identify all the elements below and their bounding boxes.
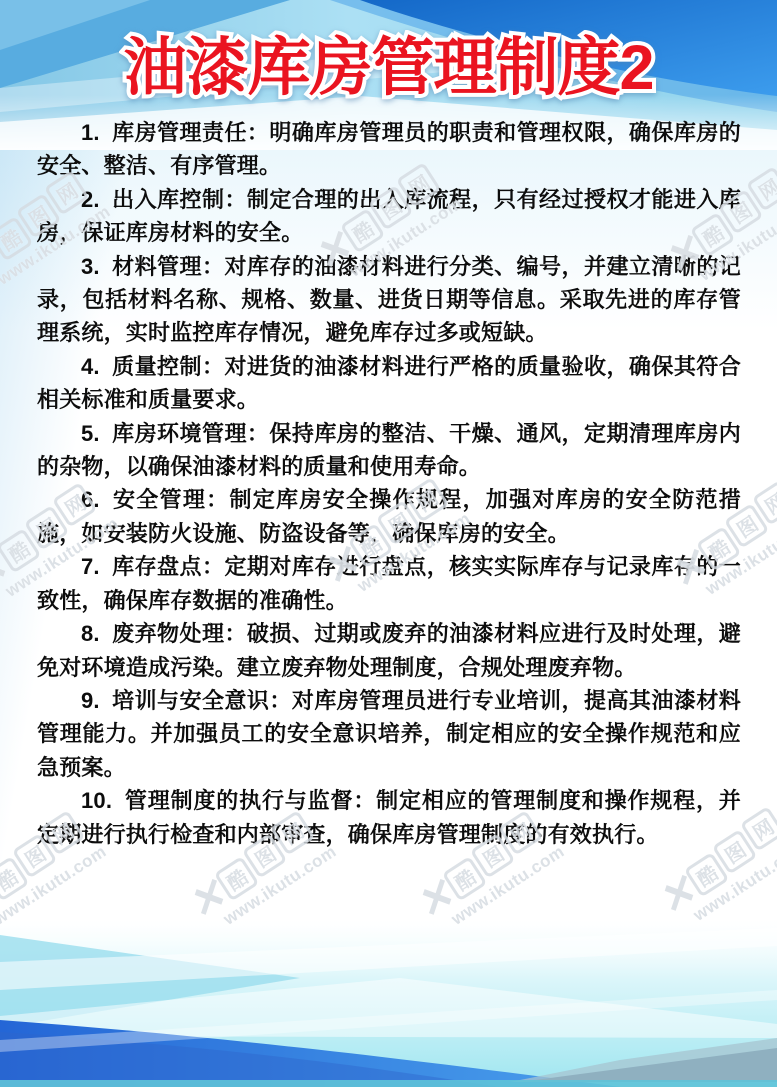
watermark-char: 网 [752, 480, 777, 526]
watermark-char: 酷 [214, 856, 260, 902]
rule-item-8: 8.废弃物处理：破损、过期或废弃的油漆材料应进行及时处理，避免对环境造成污染。建… [37, 617, 741, 684]
rule-text: 安全管理：制定库房安全操作规程，加强对库房的安全防范措施，如安装防火设施、防盗设… [37, 487, 741, 545]
rule-number: 5. [81, 421, 100, 446]
rule-number: 1. [81, 120, 100, 145]
watermark-char: 酷 [0, 856, 30, 902]
rule-text: 质量控制：对进货的油漆材料进行严格的质量验收，确保其符合相关标准和质量要求。 [37, 354, 741, 412]
watermark-char: 酷 [684, 852, 730, 898]
rule-number: 8. [81, 621, 100, 646]
rule-item-7: 7.库存盘点：定期对库存进行盘点，核实实际库存与记录库存的一致性，确保库存数据的… [37, 550, 741, 617]
rule-text: 废弃物处理：破损、过期或废弃的油漆材料应进行及时处理，避免对环境造成污染。建立废… [37, 621, 741, 679]
poster-page: 油漆库房管理制度2 油漆库房管理制度2 1.库房管理责任：明确库房管理员的职责和… [0, 0, 777, 1087]
rule-text: 材料管理：对库存的油漆材料进行分类、编号，并建立清晰的记录，包括材料名称、规格、… [37, 254, 741, 346]
rule-item-1: 1.库房管理责任：明确库房管理员的职责和管理权限，确保库房的安全、整洁、有序管理… [37, 116, 741, 183]
rules-list: 1.库房管理责任：明确库房管理员的职责和管理权限，确保库房的安全、整洁、有序管理… [37, 116, 741, 851]
rule-number: 10. [81, 788, 112, 813]
rule-item-6: 6.安全管理：制定库房安全操作规程，加强对库房的安全防范措施，如安装防火设施、防… [37, 483, 741, 550]
rule-text: 出入库控制：制定合理的出入库流程，只有经过授权才能进入库房，保证库房材料的安全。 [37, 187, 741, 245]
watermark-x-icon: ✕ [0, 233, 7, 287]
rule-item-2: 2.出入库控制：制定合理的出入库流程，只有经过授权才能进入库房，保证库房材料的安… [37, 183, 741, 250]
rule-text: 管理制度的执行与监督：制定相应的管理制度和操作规程，并定期进行执行检查和内部审查… [37, 788, 741, 846]
watermark-x-icon: ✕ [0, 545, 15, 599]
rule-text: 库房环境管理：保持库房的整洁、干燥、通风，定期清理库房内的杂物，以确保油漆材料的… [37, 421, 741, 479]
watermark-char: 网 [746, 166, 777, 212]
watermark-x-icon: ✕ [650, 869, 702, 923]
page-title: 油漆库房管理制度2 油漆库房管理制度2 [0, 32, 777, 128]
watermark-char: 酷 [442, 856, 488, 902]
rule-item-10: 10.管理制度的执行与监督：制定相应的管理制度和操作规程，并定期进行执行检查和内… [37, 784, 741, 851]
watermark-char: 酷 [0, 216, 34, 262]
rule-number: 9. [81, 688, 100, 713]
rule-number: 7. [81, 554, 100, 579]
rule-number: 2. [81, 187, 100, 212]
rule-text: 库房管理责任：明确库房管理员的职责和管理权限，确保库房的安全、整洁、有序管理。 [37, 120, 741, 178]
rule-item-5: 5.库房环境管理：保持库房的整洁、干燥、通风，定期清理库房内的杂物，以确保油漆材… [37, 417, 741, 484]
rule-number: 3. [81, 254, 100, 279]
rule-item-4: 4.质量控制：对进货的油漆材料进行严格的质量验收，确保其符合相关标准和质量要求。 [37, 350, 741, 417]
watermark-char: 酷 [0, 528, 42, 574]
rule-number: 4. [81, 354, 100, 379]
rule-text: 培训与安全意识：对库房管理员进行专业培训，提高其油漆材料管理能力。并加强员工的安… [37, 688, 741, 780]
rule-number: 6. [81, 487, 100, 512]
footer-decoration [0, 920, 777, 1087]
rule-item-9: 9.培训与安全意识：对库房管理员进行专业培训，提高其油漆材料管理能力。并加强员工… [37, 684, 741, 784]
rule-item-3: 3.材料管理：对库存的油漆材料进行分类、编号，并建立清晰的记录，包括材料名称、规… [37, 250, 741, 350]
page-title-text: 油漆库房管理制度2 [0, 32, 777, 104]
watermark-char: 网 [740, 806, 777, 852]
rule-text: 库存盘点：定期对库存进行盘点，核实实际库存与记录库存的一致性，确保库存数据的准确… [37, 554, 741, 612]
